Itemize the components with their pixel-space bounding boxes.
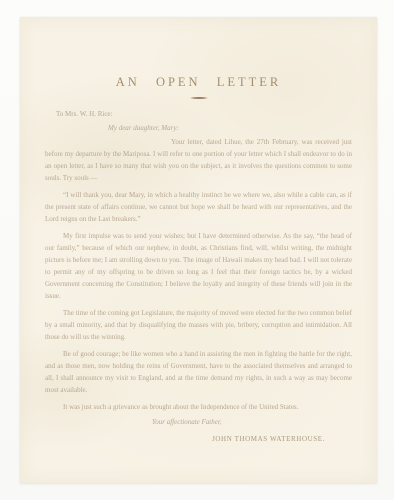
- divider-ornament: [190, 97, 208, 99]
- valediction-line: Your affectionate Father,: [152, 418, 377, 426]
- signature-line: JOHN THOMAS WATERHOUSE.: [20, 435, 325, 443]
- letter-paragraph: My first impulse was to send your wishes…: [45, 230, 352, 302]
- closing-line: It was just such a grievance as brought …: [45, 401, 352, 413]
- letter-body: Your letter, dated Lihue, the 27th Febru…: [45, 136, 352, 413]
- photo-background: AN OPEN LETTER To Mrs. W. H. Rice: My de…: [0, 0, 394, 500]
- letter-paragraph: “I will thank you, dear Mary, in which a…: [45, 189, 352, 225]
- letter-paragraph: Be of good courage; be like women who a …: [45, 348, 352, 396]
- letter-paragraph: The time of the coming got Legislature, …: [45, 307, 352, 343]
- letter-page: AN OPEN LETTER To Mrs. W. H. Rice: My de…: [20, 17, 377, 483]
- letter-title: AN OPEN LETTER: [20, 75, 377, 90]
- letter-paragraph: Your letter, dated Lihue, the 27th Febru…: [45, 136, 352, 184]
- salutation-line: My dear daughter, Mary:: [108, 124, 377, 132]
- letter-content: AN OPEN LETTER To Mrs. W. H. Rice: My de…: [20, 75, 377, 443]
- addressee-line: To Mrs. W. H. Rice:: [56, 110, 377, 118]
